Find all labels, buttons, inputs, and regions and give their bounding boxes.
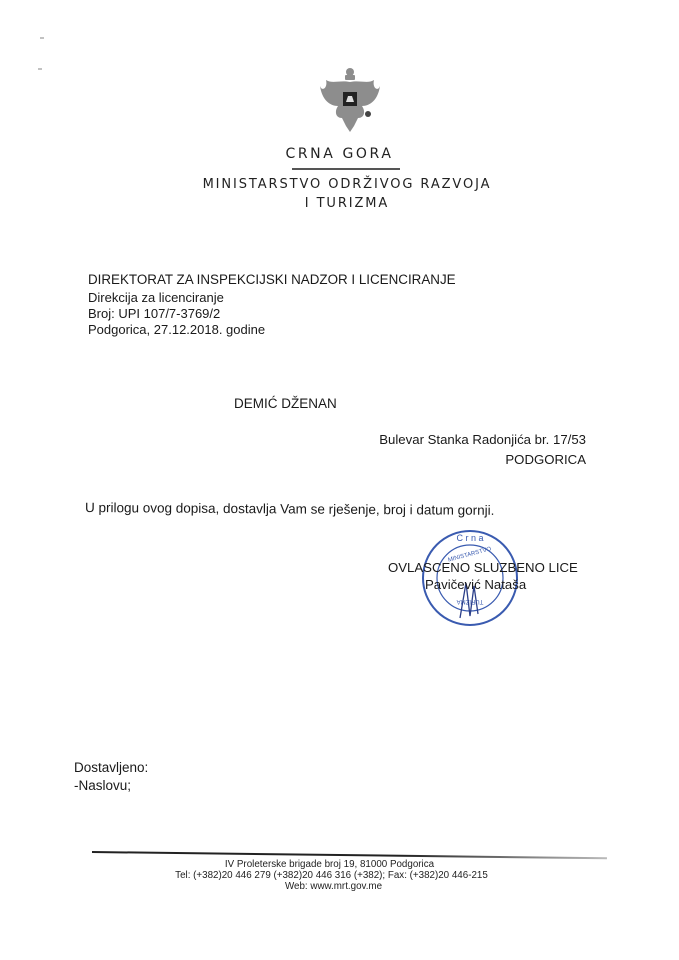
letterhead-divider	[292, 168, 400, 170]
ministry-name-line1: MINISTARSTVO ODRŽIVOG RAZVOJA	[0, 177, 679, 192]
ministry-name-line2: I TURIZMA	[0, 196, 679, 211]
svg-text:C r n a: C r n a	[456, 533, 483, 543]
letter-body: U prilogu ovog dopisa, dostavlja Vam se …	[85, 500, 495, 518]
recipient-street: Bulevar Stanka Radonjića br. 17/53	[379, 432, 586, 447]
scan-speck	[40, 37, 44, 39]
country-name: CRNA GORA	[0, 146, 679, 162]
directorate-name: DIREKTORAT ZA INSPEKCIJSKI NADZOR I LICE…	[88, 272, 456, 287]
reference-number: Broj: UPI 107/7-3769/2	[88, 306, 220, 321]
place-date: Podgorica, 27.12.2018. godine	[88, 322, 265, 337]
directorate-unit: Direkcija za licenciranje	[88, 290, 224, 305]
document-page: CRNA GORA MINISTARSTVO ODRŽIVOG RAZVOJA …	[0, 0, 679, 960]
footer-contact: Tel: (+382)20 446 279 (+382)20 446 316 (…	[0, 870, 671, 881]
signatory-title: OVLASCENO SLUZBENO LICE	[388, 560, 578, 575]
svg-text:TURIZMA: TURIZMA	[457, 598, 484, 604]
signatory-name: Pavičević Nataša	[425, 577, 526, 592]
delivery-label: Dostavljeno:	[74, 760, 148, 775]
delivery-recipient: -Naslovu;	[74, 778, 131, 793]
recipient-city: PODGORICA	[505, 452, 586, 467]
scan-speck	[38, 68, 42, 70]
footer-address: IV Proleterske brigade broj 19, 81000 Po…	[0, 859, 669, 870]
recipient-name: DEMIĆ DŽENAN	[234, 396, 337, 411]
footer-web: Web: www.mrt.gov.me	[0, 881, 673, 892]
montenegro-coat-of-arms-icon	[318, 66, 382, 134]
